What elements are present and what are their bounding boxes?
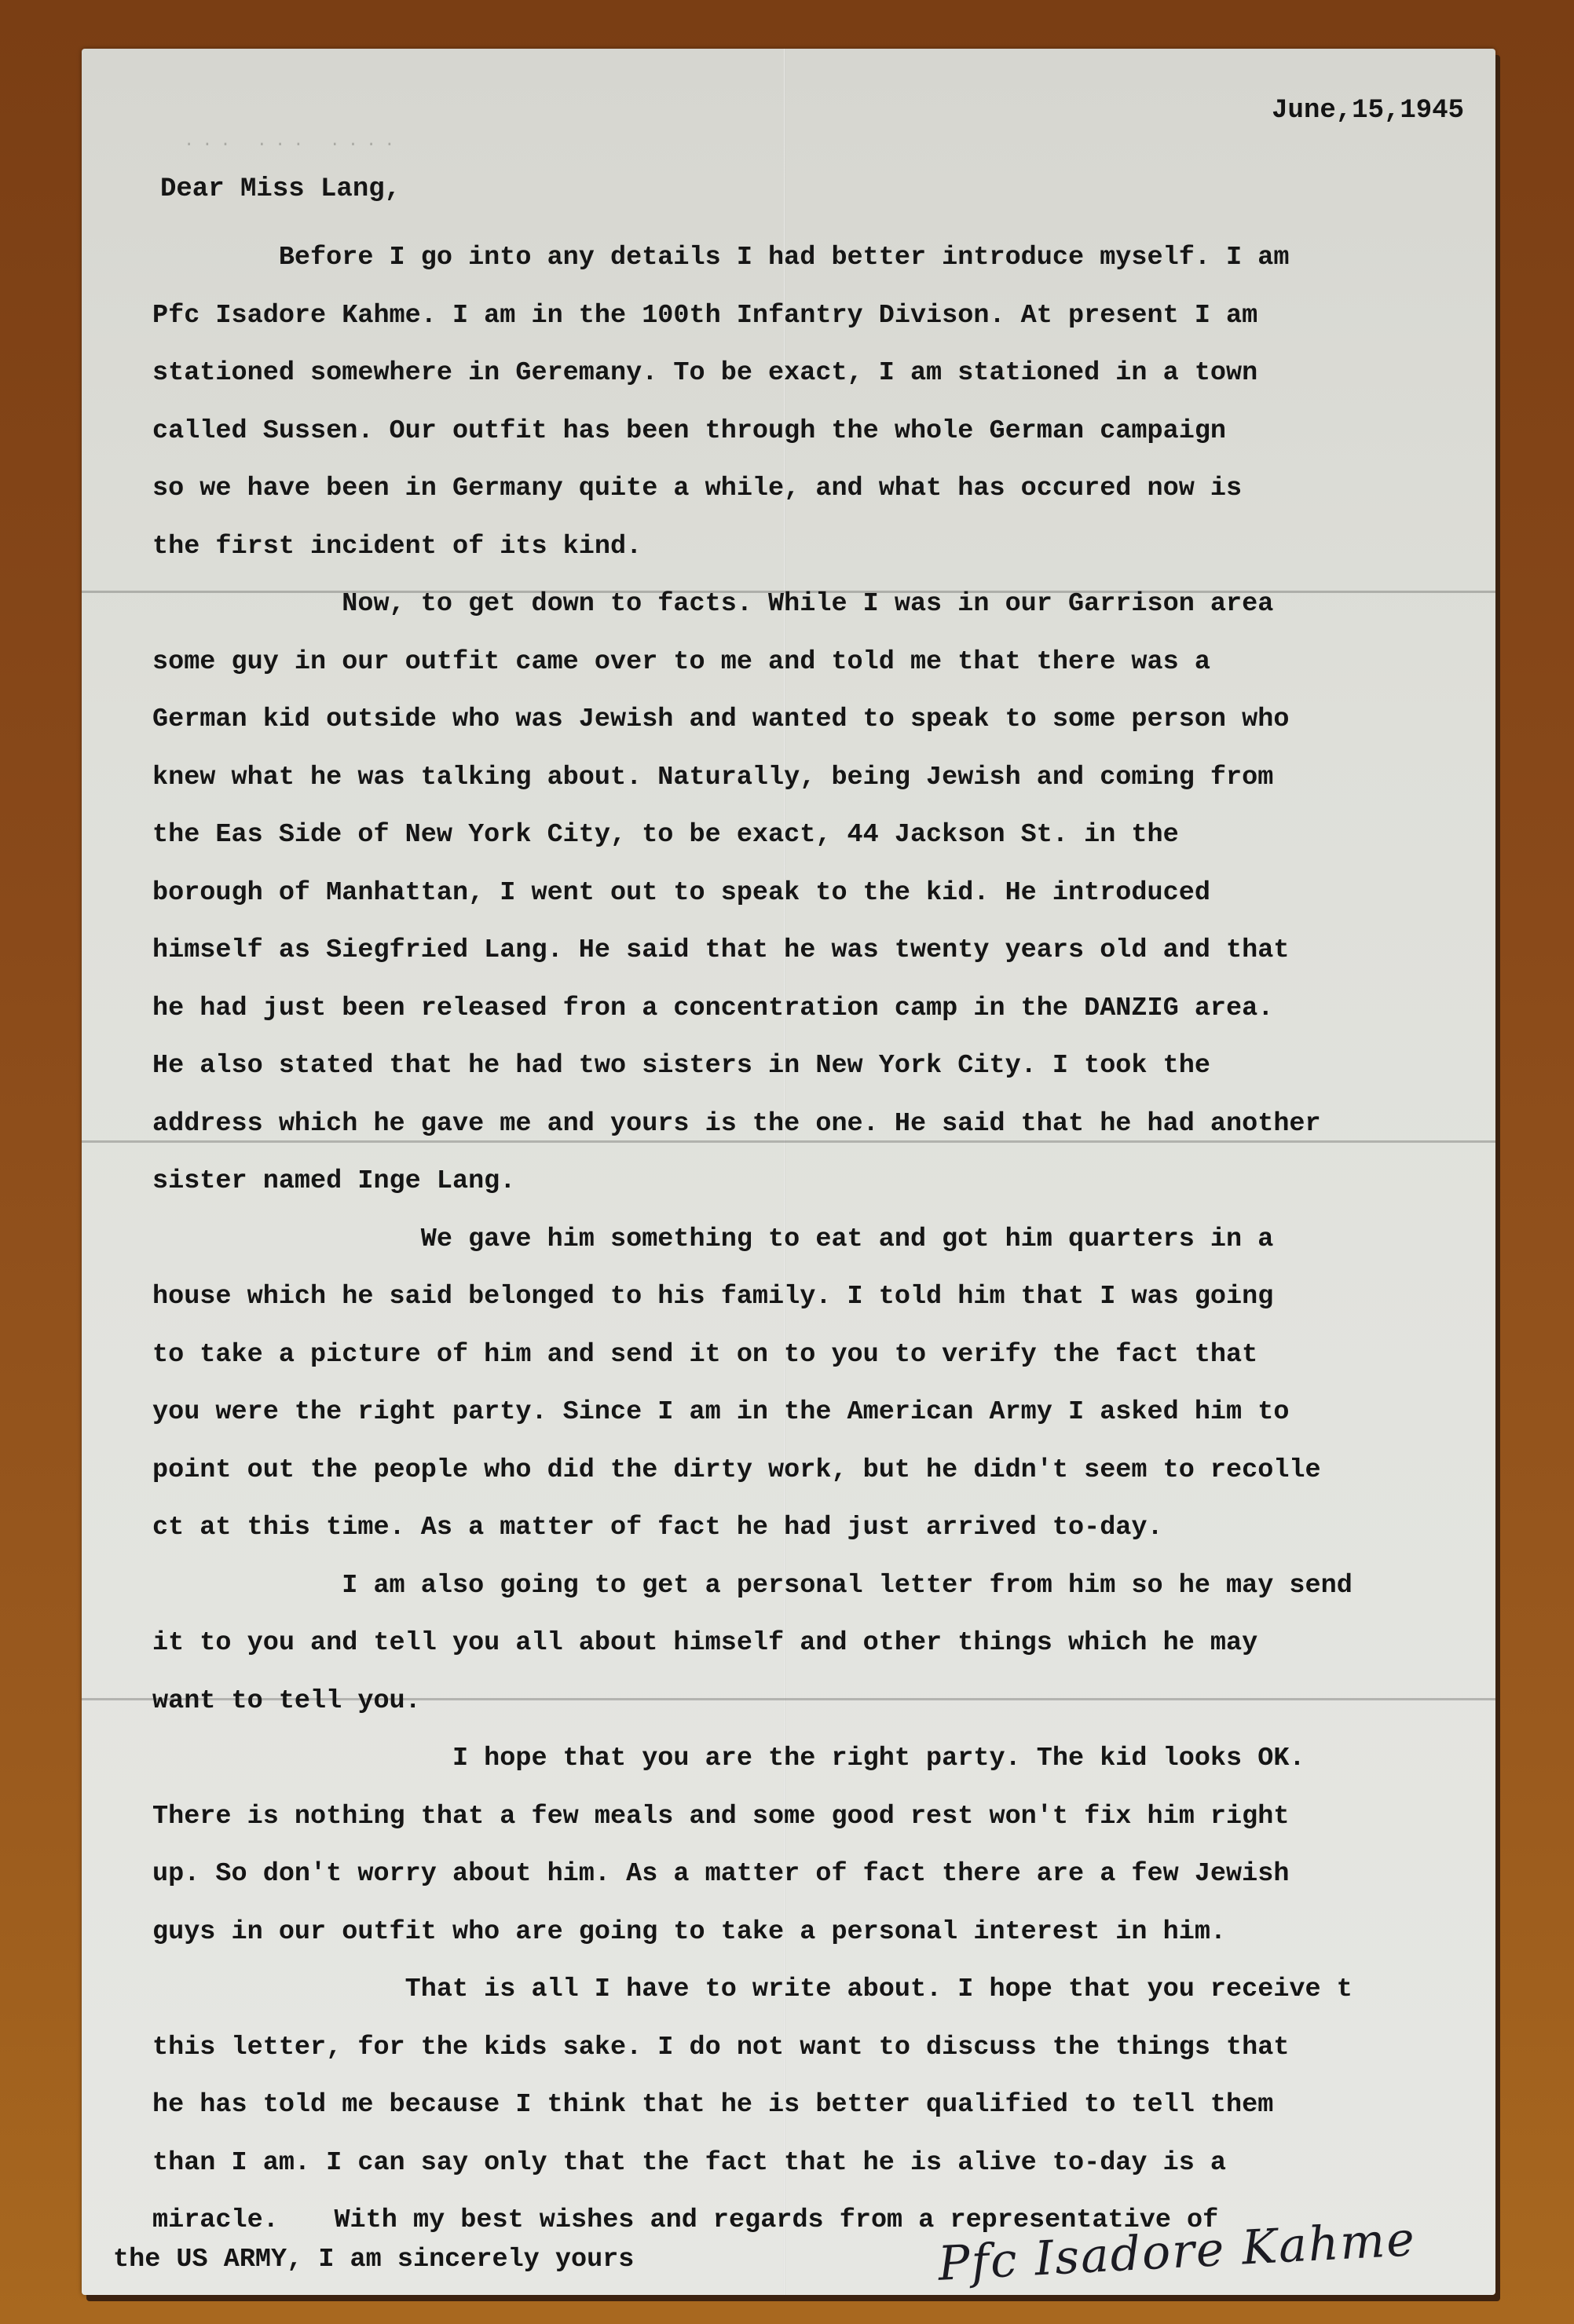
letter-line: We gave him something to eat and got him… bbox=[152, 1211, 1456, 1269]
letter-line: he has told me because I think that he i… bbox=[152, 2077, 1456, 2135]
letter-line: address which he gave me and yours is th… bbox=[152, 1096, 1456, 1154]
letter-line: to take a picture of him and send it on … bbox=[152, 1327, 1456, 1385]
faint-letterhead: ... ... .... bbox=[184, 131, 402, 151]
letter-line: That is all I have to write about. I hop… bbox=[152, 1961, 1456, 2019]
letter-body: Before I go into any details I had bette… bbox=[152, 229, 1456, 2250]
letter-line: so we have been in Germany quite a while… bbox=[152, 460, 1456, 518]
letter-line: the Eas Side of New York City, to be exa… bbox=[152, 807, 1456, 865]
letter-line: knew what he was talking about. Naturall… bbox=[152, 749, 1456, 807]
letter-line: himself as Siegfried Lang. He said that … bbox=[152, 922, 1456, 980]
letter-line: house which he said belonged to his fami… bbox=[152, 1268, 1456, 1327]
letter-line: than I am. I can say only that the fact … bbox=[152, 2135, 1456, 2193]
letter-date: June,15,1945 bbox=[1272, 96, 1464, 126]
letter-line: Pfc Isadore Kahme. I am in the 100th Inf… bbox=[152, 287, 1456, 346]
letter-line: you were the right party. Since I am in … bbox=[152, 1384, 1456, 1442]
letter-line: guys in our outfit who are going to take… bbox=[152, 1904, 1456, 1962]
letter-line: He also stated that he had two sisters i… bbox=[152, 1038, 1456, 1096]
letter-line: point out the people who did the dirty w… bbox=[152, 1442, 1456, 1500]
letter-line: I hope that you are the right party. The… bbox=[152, 1730, 1456, 1788]
letter-line: it to you and tell you all about himself… bbox=[152, 1615, 1456, 1673]
letter-line: called Sussen. Our outfit has been throu… bbox=[152, 403, 1456, 461]
letter-line: I am also going to get a personal letter… bbox=[152, 1557, 1456, 1616]
letter-line: want to tell you. bbox=[152, 1673, 1456, 1731]
letter-line: up. So don't worry about him. As a matte… bbox=[152, 1846, 1456, 1904]
salutation: Dear Miss Lang, bbox=[160, 174, 401, 204]
letter-line: the first incident of its kind. bbox=[152, 518, 1456, 576]
letter-paper: ... ... .... June,15,1945 Dear Miss Lang… bbox=[82, 49, 1495, 2295]
letter-line: sister named Inge Lang. bbox=[152, 1153, 1456, 1211]
letter-line: ct at this time. As a matter of fact he … bbox=[152, 1499, 1456, 1557]
letter-line: he had just been released fron a concent… bbox=[152, 980, 1456, 1038]
letter-line: Now, to get down to facts. While I was i… bbox=[152, 576, 1456, 634]
letter-line: some guy in our outfit came over to me a… bbox=[152, 634, 1456, 692]
letter-line: this letter, for the kids sake. I do not… bbox=[152, 2019, 1456, 2077]
letter-line: stationed somewhere in Geremany. To be e… bbox=[152, 345, 1456, 403]
letter-line: Before I go into any details I had bette… bbox=[152, 229, 1456, 287]
letter-line: German kid outside who was Jewish and wa… bbox=[152, 691, 1456, 749]
letter-line: There is nothing that a few meals and so… bbox=[152, 1788, 1456, 1846]
letter-line: borough of Manhattan, I went out to spea… bbox=[152, 865, 1456, 923]
